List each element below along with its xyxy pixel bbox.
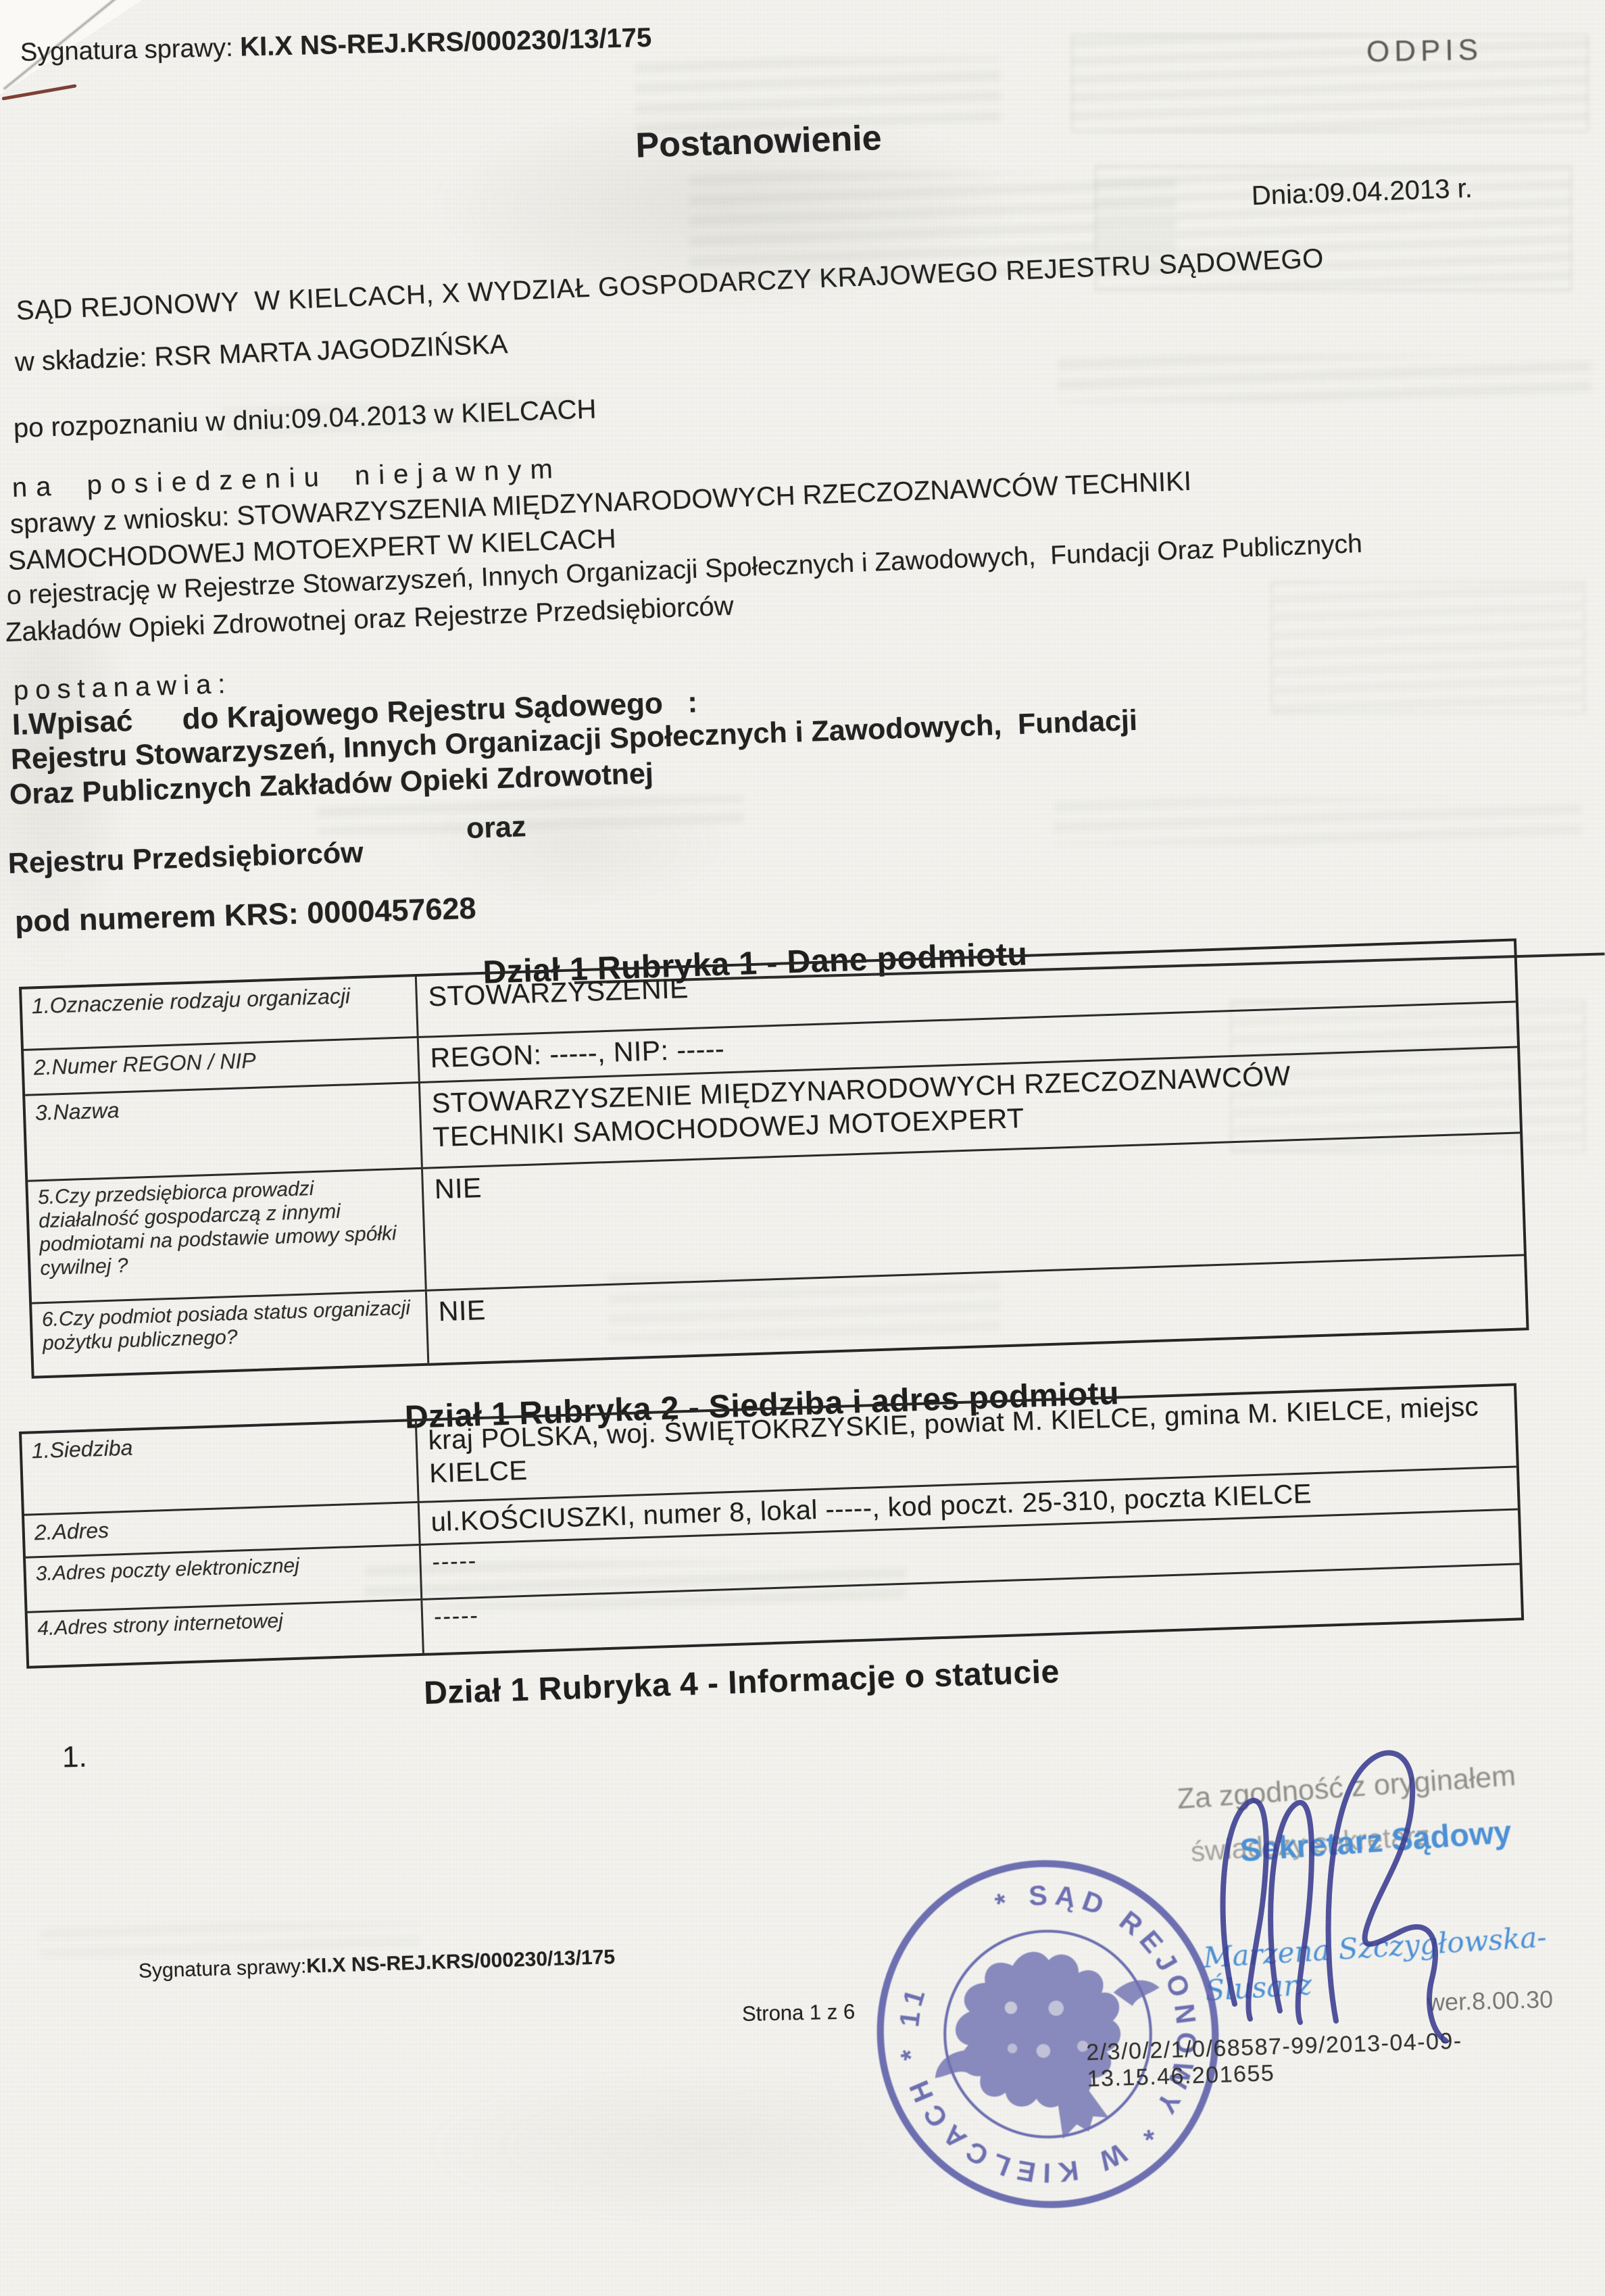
handwritten-signature xyxy=(1197,1720,1488,2058)
bleedthrough-text xyxy=(318,796,743,833)
bleedthrough-text xyxy=(1058,355,1591,402)
case-signature-line: Sygnatura sprawy: KI.X NS-REJ.KRS/000230… xyxy=(20,23,651,68)
row-label: 4.Adres strony internetowej xyxy=(28,1601,424,1666)
row-label: 6.Czy podmiot posiada status organizacji… xyxy=(32,1292,429,1376)
ruling-line-4: oraz xyxy=(466,810,526,846)
bleedthrough-text xyxy=(41,1923,419,1957)
list-item-number: 1. xyxy=(62,1740,88,1775)
rubryka2-table: 1.Siedziba kraj POLSKA, woj. ŚWIĘTOKRZYS… xyxy=(19,1383,1524,1668)
scanned-document-page: Sygnatura sprawy: KI.X NS-REJ.KRS/000230… xyxy=(0,0,1605,2296)
page-number: Strona 1 z 6 xyxy=(742,2000,856,2026)
rubryka1-table: 1.Oznaczenie rodzaju organizacji STOWARZ… xyxy=(19,938,1529,1378)
footer-case-label: Sygnatura sprawy: xyxy=(138,1955,306,1982)
bleedthrough-text xyxy=(1054,798,1581,845)
row-label: 1.Siedziba xyxy=(22,1421,420,1514)
case-signature-label: Sygnatura sprawy: xyxy=(20,34,241,67)
bleedthrough-box xyxy=(1270,581,1585,714)
case-signature-number: KI.X NS-REJ.KRS/000230/13/175 xyxy=(240,23,652,62)
panel-line: w składzie: RSR MARTA JAGODZIŃSKA xyxy=(14,329,508,378)
row-label: 5.Czy przedsiębiorca prowadzi działalnoś… xyxy=(28,1169,426,1302)
pen-mark xyxy=(1,84,76,100)
odpis-stamp: ODPIS xyxy=(1366,33,1483,69)
row-label: 3.Nazwa xyxy=(25,1083,423,1180)
decides-line: postanawia: xyxy=(13,669,232,706)
